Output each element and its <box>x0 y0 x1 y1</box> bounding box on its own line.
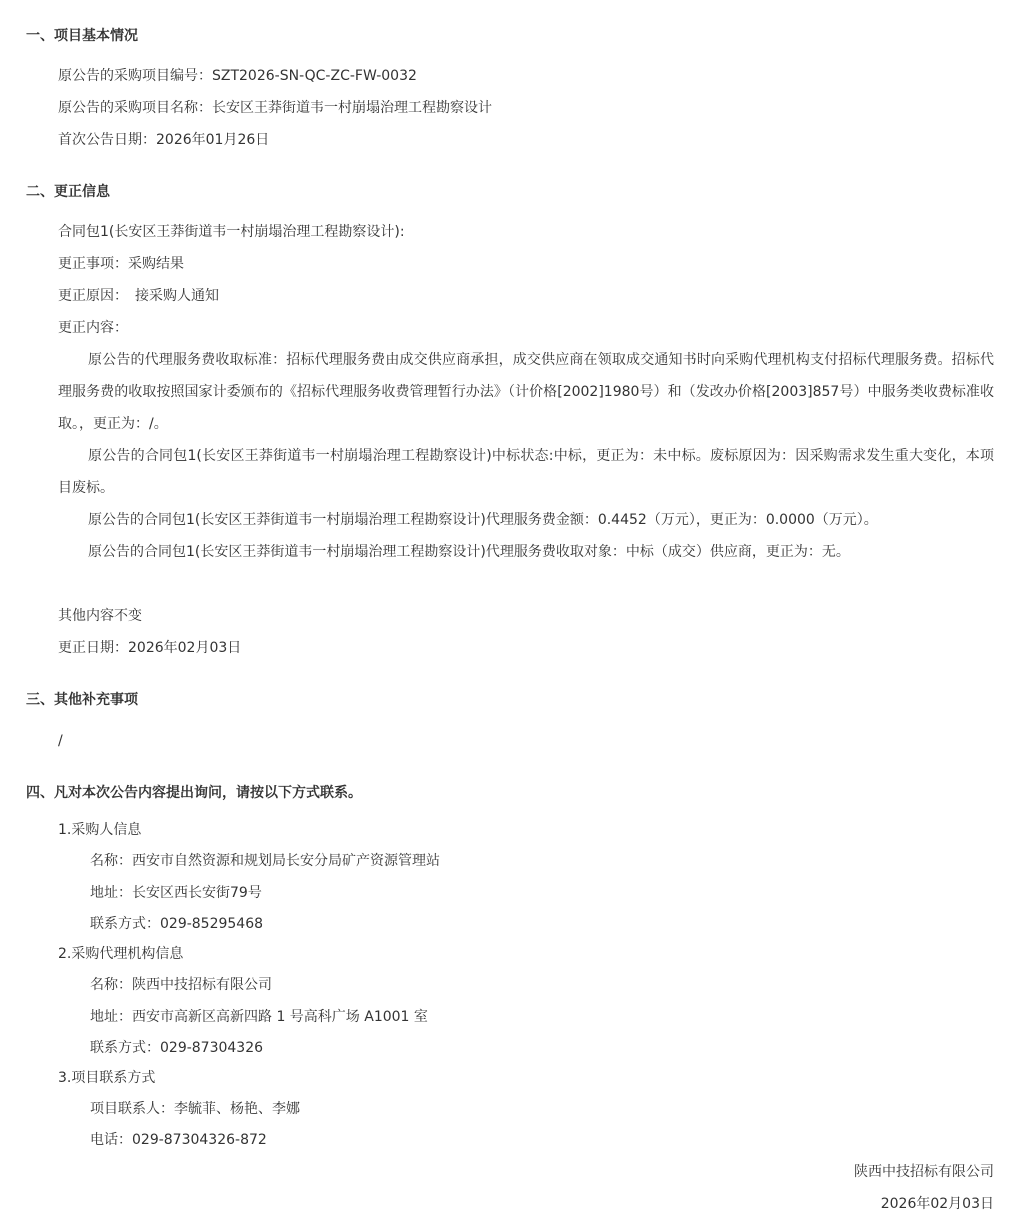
correction-paragraph-bid-status: 原公告的合同包1(长安区王莽街道韦一村崩塌治理工程勘察设计)中标状态:中标，更正… <box>58 440 994 504</box>
agency-contact: 联系方式：029-87304326 <box>90 1038 263 1058</box>
correction-paragraph-fee-target: 原公告的合同包1(长安区王莽街道韦一村崩塌治理工程勘察设计)代理服务费收取对象：… <box>58 536 994 568</box>
other-content-unchanged: 其他内容不变 <box>58 606 142 626</box>
purchaser-name: 名称：西安市自然资源和规划局长安分局矿产资源管理站 <box>90 851 440 871</box>
agency-name: 名称：陕西中技招标有限公司 <box>90 975 272 995</box>
section-2-title: 二、更正信息 <box>26 182 110 202</box>
correction-content-label: 更正内容： <box>58 318 128 338</box>
agency-address: 地址：西安市高新区高新四路 1 号高科广场 A1001 室 <box>90 1007 428 1027</box>
first-announcement-date: 首次公告日期：2026年01月26日 <box>58 130 269 150</box>
section-1-title: 一、项目基本情况 <box>26 26 138 46</box>
purchaser-address: 地址：长安区西长安街79号 <box>90 883 262 903</box>
original-project-name: 原公告的采购项目名称：长安区王莽街道韦一村崩塌治理工程勘察设计 <box>58 98 492 118</box>
footer-company: 陕西中技招标有限公司 <box>854 1162 994 1182</box>
project-contact-persons: 项目联系人：李毓菲、杨艳、李娜 <box>90 1099 300 1119</box>
section-3-title: 三、其他补充事项 <box>26 690 138 710</box>
correction-paragraph-fee-standard: 原公告的代理服务费收取标准：招标代理服务费由成交供应商承担，成交供应商在领取成交… <box>58 344 994 440</box>
footer-date: 2026年02月03日 <box>881 1194 994 1214</box>
purchaser-heading: 1.采购人信息 <box>58 820 141 840</box>
purchaser-contact: 联系方式：029-85295468 <box>90 914 263 934</box>
correction-paragraph-fee-amount: 原公告的合同包1(长安区王莽街道韦一村崩塌治理工程勘察设计)代理服务费金额：0.… <box>58 504 994 536</box>
contract-package: 合同包1(长安区王莽街道韦一村崩塌治理工程勘察设计): <box>58 222 405 242</box>
correction-item: 更正事项：采购结果 <box>58 254 184 274</box>
correction-reason: 更正原因： 接采购人通知 <box>58 286 219 306</box>
project-contact-phone: 电话：029-87304326-872 <box>90 1130 267 1150</box>
original-project-number: 原公告的采购项目编号：SZT2026-SN-QC-ZC-FW-0032 <box>58 66 417 86</box>
section-4-title: 四、凡对本次公告内容提出询问，请按以下方式联系。 <box>26 783 362 803</box>
supplementary-content: / <box>58 731 63 751</box>
project-contact-heading: 3.项目联系方式 <box>58 1068 155 1088</box>
correction-date: 更正日期：2026年02月03日 <box>58 638 241 658</box>
agency-heading: 2.采购代理机构信息 <box>58 944 183 964</box>
